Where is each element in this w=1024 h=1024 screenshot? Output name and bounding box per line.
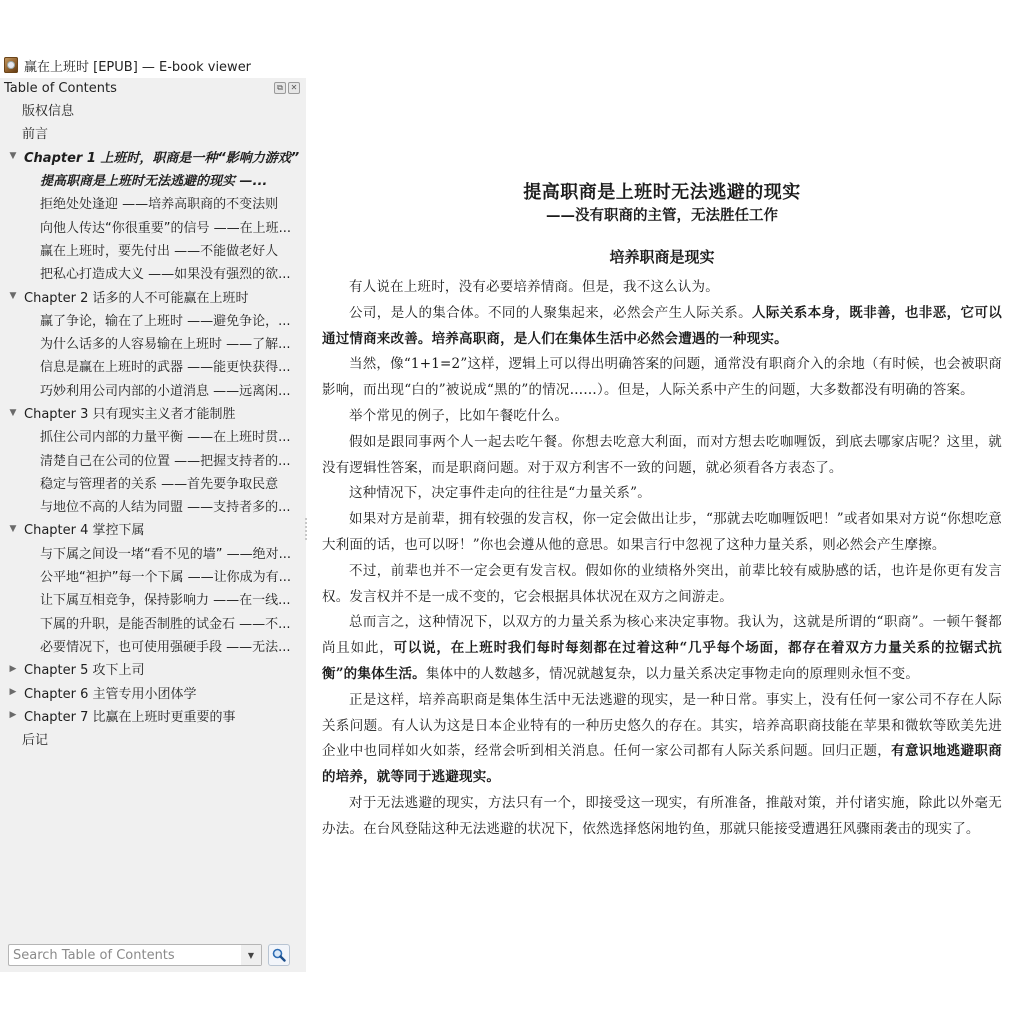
toc-item-label: 把私心打造成大义 ——如果没有强烈的欲... xyxy=(40,263,291,282)
paragraph: 这种情况下，决定事件走向的往往是“力量关系”。 xyxy=(322,481,1002,507)
toc-section-item[interactable]: 信息是赢在上班时的武器 ——能更快获得... xyxy=(0,354,306,377)
text-run: 这种情况下，决定事件走向的往往是“力量关系”。 xyxy=(349,485,651,501)
toc-item-label: 抓住公司内部的力量平衡 ——在上班时贯... xyxy=(40,426,291,445)
ebook-viewer-icon xyxy=(4,57,18,73)
toc-chapter-item[interactable]: ▶Chapter 7 比赢在上班时更重要的事 xyxy=(0,704,306,727)
toc-chapter-item[interactable]: ▼Chapter 4 掌控下属 xyxy=(0,517,306,540)
toc-item-label: Chapter 2 话多的人不可能赢在上班时 xyxy=(24,287,249,306)
toc-item-label: Chapter 1 上班时，职商是一种“影响力游戏” xyxy=(24,147,299,166)
toc-item-label: Chapter 6 主管专用小团体学 xyxy=(24,683,197,702)
text-run: 当然，像“1+1=2”这样，逻辑上可以得出明确答案的问题，通常没有职商介入的余地… xyxy=(322,356,1002,398)
toc-tree: 版权信息前言▼Chapter 1 上班时，职商是一种“影响力游戏”提高职商是上班… xyxy=(0,98,306,750)
toc-item-label: 信息是赢在上班时的武器 ——能更快获得... xyxy=(40,356,291,375)
toc-item-label: 清楚自己在公司的位置 ——把握支持者的... xyxy=(40,450,291,469)
toc-search-input[interactable] xyxy=(9,946,241,964)
toc-section-item[interactable]: 赢了争论，输在了上班时 ——避免争论，... xyxy=(0,308,306,331)
toc-panel-header: Table of Contents ⧉ ✕ xyxy=(0,78,306,98)
paragraph: 假如是跟同事两个人一起去吃午餐。你想去吃意大利面，而对方想去吃咖喱饭，到底去哪家… xyxy=(322,430,1002,482)
paragraph: 不过，前辈也并不一定会更有发言权。假如你的业绩格外突出，前辈比较有威胁感的话，也… xyxy=(322,559,1002,611)
section-title: 培养职商是现实 xyxy=(322,246,1002,267)
text-run: 公司，是人的集合体。不同的人聚集起来，必然会产生人际关系。 xyxy=(349,305,752,321)
toc-chapter-item[interactable]: 版权信息 xyxy=(0,98,306,121)
expanded-arrow-icon[interactable]: ▼ xyxy=(6,524,20,534)
toc-item-label: 下属的升职，是能否制胜的试金石 ——不... xyxy=(40,613,291,632)
toc-chapter-item[interactable]: 后记 xyxy=(0,727,306,750)
search-icon xyxy=(272,948,286,962)
toc-section-item[interactable]: 与下属之间设一堵“看不见的墙” ——绝对... xyxy=(0,541,306,564)
paragraph: 总而言之，这种情况下，以双方的力量关系为核心来决定事物。我认为，这就是所谓的“职… xyxy=(322,610,1002,687)
toc-item-label: 后记 xyxy=(22,729,48,748)
toc-search-combobox[interactable]: ▼ xyxy=(8,944,262,966)
toc-item-label: 赢在上班时，要先付出 ——不能做老好人 xyxy=(40,240,278,259)
toc-item-label: 版权信息 xyxy=(22,100,74,119)
toc-chapter-item[interactable]: ▼Chapter 3 只有现实主义者才能制胜 xyxy=(0,401,306,424)
toc-item-label: 稳定与管理者的关系 ——首先要争取民意 xyxy=(40,473,278,492)
toc-section-item[interactable]: 稳定与管理者的关系 ——首先要争取民意 xyxy=(0,471,306,494)
toc-section-item[interactable]: 下属的升职，是能否制胜的试金石 ——不... xyxy=(0,611,306,634)
toc-section-item[interactable]: 公平地“袒护”每一个下属 ——让你成为有... xyxy=(0,564,306,587)
paragraph: 公司，是人的集合体。不同的人聚集起来，必然会产生人际关系。人际关系本身，既非善，… xyxy=(322,301,1002,353)
collapsed-arrow-icon[interactable]: ▶ xyxy=(6,664,20,674)
toc-search-row: ▼ xyxy=(8,944,290,966)
expanded-arrow-icon[interactable]: ▼ xyxy=(6,291,20,301)
toc-section-item[interactable]: 抓住公司内部的力量平衡 ——在上班时贯... xyxy=(0,424,306,447)
window-title: 赢在上班时 [EPUB] — E-book viewer xyxy=(24,56,251,75)
text-run: 集体中的人数越多，情况就越复杂，以力量关系决定事物走向的原理则永恒不变。 xyxy=(426,666,919,682)
toc-section-item[interactable]: 必要情况下，也可使用强硬手段 ——无法... xyxy=(0,634,306,657)
close-icon[interactable]: ✕ xyxy=(288,82,300,94)
toc-section-item[interactable]: 为什么话多的人容易输在上班时 ——了解... xyxy=(0,331,306,354)
chapter-title: 提高职商是上班时无法逃避的现实 xyxy=(322,182,1002,204)
toc-item-label: 巧妙利用公司内部的小道消息 ——远离闲... xyxy=(40,380,291,399)
chevron-down-icon[interactable]: ▼ xyxy=(241,945,261,965)
text-run: 如果对方是前辈，拥有较强的发言权，你一定会做出让步，“那就去吃咖喱饭吧！”或者如… xyxy=(322,511,1002,553)
toc-section-item[interactable]: 拒绝处处逢迎 ——培养高职商的不变法则 xyxy=(0,191,306,214)
toc-chapter-item[interactable]: ▶Chapter 5 攻下上司 xyxy=(0,657,306,680)
toc-chapter-item[interactable]: 前言 xyxy=(0,121,306,144)
toc-item-label: 赢了争论，输在了上班时 ——避免争论，... xyxy=(40,310,291,329)
toc-panel-title: Table of Contents xyxy=(4,81,117,96)
float-icon[interactable]: ⧉ xyxy=(274,82,286,94)
text-run: 不过，前辈也并不一定会更有发言权。假如你的业绩格外突出，前辈比较有威胁感的话，也… xyxy=(322,563,1002,605)
paragraphs: 有人说在上班时，没有必要培养情商。但是，我不这么认为。公司，是人的集合体。不同的… xyxy=(322,275,1002,843)
text-run: 假如是跟同事两个人一起去吃午餐。你想去吃意大利面，而对方想去吃咖喱饭，到底去哪家… xyxy=(322,434,1002,476)
toc-item-label: Chapter 7 比赢在上班时更重要的事 xyxy=(24,706,236,725)
toc-item-label: 与地位不高的人结为同盟 ——支持者多的... xyxy=(40,496,291,515)
toc-section-item[interactable]: 让下属互相竞争，保持影响力 ——在一线... xyxy=(0,587,306,610)
toc-section-item[interactable]: 赢在上班时，要先付出 ——不能做老好人 xyxy=(0,238,306,261)
toc-chapter-item[interactable]: ▼Chapter 1 上班时，职商是一种“影响力游戏” xyxy=(0,145,306,168)
toc-item-label: Chapter 5 攻下上司 xyxy=(24,659,145,678)
toc-section-item[interactable]: 巧妙利用公司内部的小道消息 ——远离闲... xyxy=(0,378,306,401)
toc-item-label: Chapter 3 只有现实主义者才能制胜 xyxy=(24,403,236,422)
toc-section-item[interactable]: 向他人传达“你很重要”的信号 ——在上班... xyxy=(0,214,306,237)
paragraph: 当然，像“1+1=2”这样，逻辑上可以得出明确答案的问题，通常没有职商介入的余地… xyxy=(322,352,1002,404)
chapter-subtitle: ——没有职商的主管，无法胜任工作 xyxy=(322,206,1002,226)
toc-item-label: 让下属互相竞争，保持影响力 ——在一线... xyxy=(40,589,291,608)
toc-section-item[interactable]: 提高职商是上班时无法逃避的现实 —... xyxy=(0,168,306,191)
toc-section-item[interactable]: 把私心打造成大义 ——如果没有强烈的欲... xyxy=(0,261,306,284)
collapsed-arrow-icon[interactable]: ▶ xyxy=(6,687,20,697)
window-titlebar: 赢在上班时 [EPUB] — E-book viewer xyxy=(0,54,320,76)
collapsed-arrow-icon[interactable]: ▶ xyxy=(6,710,20,720)
toc-chapter-item[interactable]: ▶Chapter 6 主管专用小团体学 xyxy=(0,680,306,703)
toc-item-label: 前言 xyxy=(22,123,48,142)
paragraph: 正是这样，培养高职商是集体生活中无法逃避的现实，是一种日常。事实上，没有任何一家… xyxy=(322,688,1002,791)
expanded-arrow-icon[interactable]: ▼ xyxy=(6,151,20,161)
toc-item-label: Chapter 4 掌控下属 xyxy=(24,519,145,538)
toc-search-button[interactable] xyxy=(268,944,290,966)
toc-item-label: 向他人传达“你很重要”的信号 ——在上班... xyxy=(40,217,291,236)
toc-item-label: 与下属之间设一堵“看不见的墙” ——绝对... xyxy=(40,543,291,562)
toc-item-label: 提高职商是上班时无法逃避的现实 —... xyxy=(40,170,267,189)
toc-item-label: 为什么话多的人容易输在上班时 ——了解... xyxy=(40,333,291,352)
book-content: 提高职商是上班时无法逃避的现实 ——没有职商的主管，无法胜任工作 培养职商是现实… xyxy=(322,182,1002,843)
toc-section-item[interactable]: 与地位不高的人结为同盟 ——支持者多的... xyxy=(0,494,306,517)
paragraph: 对于无法逃避的现实，方法只有一个，即接受这一现实，有所准备，推敲对策，并付诸实施… xyxy=(322,791,1002,843)
paragraph: 如果对方是前辈，拥有较强的发言权，你一定会做出让步，“那就去吃咖喱饭吧！”或者如… xyxy=(322,507,1002,559)
panel-splitter-handle[interactable] xyxy=(305,518,307,542)
toc-panel: Table of Contents ⧉ ✕ 版权信息前言▼Chapter 1 上… xyxy=(0,78,306,972)
toc-chapter-item[interactable]: ▼Chapter 2 话多的人不可能赢在上班时 xyxy=(0,284,306,307)
expanded-arrow-icon[interactable]: ▼ xyxy=(6,408,20,418)
toc-item-label: 必要情况下，也可使用强硬手段 ——无法... xyxy=(40,636,291,655)
text-run: 对于无法逃避的现实，方法只有一个，即接受这一现实，有所准备，推敲对策，并付诸实施… xyxy=(322,795,1002,837)
text-run: 有人说在上班时，没有必要培养情商。但是，我不这么认为。 xyxy=(349,279,719,295)
paragraph: 有人说在上班时，没有必要培养情商。但是，我不这么认为。 xyxy=(322,275,1002,301)
text-run: 举个常见的例子，比如午餐吃什么。 xyxy=(349,408,568,424)
paragraph: 举个常见的例子，比如午餐吃什么。 xyxy=(322,404,1002,430)
toc-item-label: 拒绝处处逢迎 ——培养高职商的不变法则 xyxy=(40,193,278,212)
toc-item-label: 公平地“袒护”每一个下属 ——让你成为有... xyxy=(40,566,291,585)
toc-section-item[interactable]: 清楚自己在公司的位置 ——把握支持者的... xyxy=(0,447,306,470)
